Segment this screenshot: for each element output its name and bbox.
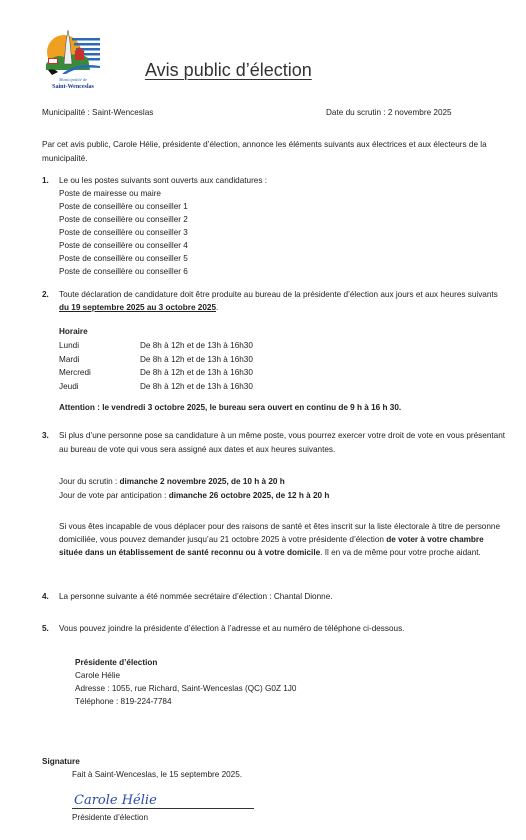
contact-address: Adresse : 1055, rue Richard, Saint-Wence… (75, 682, 296, 695)
voting-day-value: dimanche 2 novembre 2025, de 10 h à 20 h (120, 477, 285, 486)
section-1: 1. Le ou les postes suivants sont ouvert… (59, 175, 509, 279)
post-item: Poste de conseillère ou conseiller 6 (59, 266, 509, 279)
attention-notice: Attention : le vendredi 3 octobre 2025, … (59, 402, 401, 415)
schedule-row: MardiDe 8h à 12h et de 13h à 16h30 (59, 354, 253, 368)
section-1-text: Le ou les postes suivants sont ouverts a… (59, 175, 509, 188)
schedule-hours: De 8h à 12h et de 13h à 16h30 (140, 367, 253, 381)
post-item: Poste de conseillère ou conseiller 5 (59, 253, 509, 266)
schedule-row: LundiDe 8h à 12h et de 13h à 16h30 (59, 340, 253, 354)
section-number: 5. (42, 623, 49, 636)
schedule-day: Mercredi (59, 367, 140, 381)
advance-voting-value: dimanche 26 octobre 2025, de 12 h à 20 h (169, 491, 330, 500)
post-item: Poste de conseillère ou conseiller 2 (59, 214, 509, 227)
section-3-text: Si plus d’une personne pose sa candidatu… (59, 431, 505, 454)
post-item: Poste de conseillère ou conseiller 4 (59, 240, 509, 253)
home-vote-end: . Il en va de même pour votre proche aid… (320, 548, 481, 557)
home-voting-paragraph: Si vous êtes incapable de vous déplacer … (59, 520, 509, 559)
contact-name: Carole Hélie (75, 669, 296, 682)
schedule-hours: De 8h à 12h et de 13h à 16h30 (140, 340, 253, 354)
office-hours: Horaire LundiDe 8h à 12h et de 13h à 16h… (59, 326, 253, 394)
schedule-hours: De 8h à 12h et de 13h à 16h30 (140, 381, 253, 395)
schedule-row: JeudiDe 8h à 12h et de 13h à 16h30 (59, 381, 253, 395)
section-number: 2. (42, 288, 49, 301)
schedule-hours: De 8h à 12h et de 13h à 16h30 (140, 354, 253, 368)
section-number: 1. (42, 175, 49, 188)
schedule-day: Lundi (59, 340, 140, 354)
post-item: Poste de conseillère ou conseiller 3 (59, 227, 509, 240)
schedule-row: MercrediDe 8h à 12h et de 13h à 16h30 (59, 367, 253, 381)
schedule-table: LundiDe 8h à 12h et de 13h à 16h30 Mardi… (59, 340, 253, 394)
contact-heading: Présidente d’élection (75, 656, 296, 669)
section-3: 3. Si plus d’une personne pose sa candid… (59, 429, 509, 456)
voting-day-label: Jour du scrutin : (59, 477, 120, 486)
advance-voting-day: Jour de vote par anticipation : dimanche… (59, 489, 329, 503)
logo-text-line2: Saint-Wenceslas (52, 84, 94, 90)
municipality-logo: Municipalité de Saint-Wenceslas (42, 28, 104, 90)
signature-role: Présidente d’élection (72, 812, 148, 825)
post-item: Poste de mairesse ou maire (59, 188, 509, 201)
filing-period: du 19 septembre 2025 au 3 octobre 2025 (59, 303, 216, 312)
section-2: 2. Toute déclaration de candidature doit… (59, 288, 509, 314)
intro-paragraph: Par cet avis public, Carole Hélie, prési… (42, 138, 502, 165)
contact-phone: Téléphone : 819-224-7784 (75, 695, 296, 708)
logo-text-line1: Municipalité de (58, 77, 87, 82)
election-date-label: Date du scrutin : 2 novembre 2025 (326, 107, 452, 120)
section-4: 4. La personne suivante a été nommée sec… (59, 591, 509, 604)
section-4-text: La personne suivante a été nommée secrét… (59, 592, 333, 601)
voting-dates: Jour du scrutin : dimanche 2 novembre 20… (59, 475, 329, 502)
section-number: 3. (42, 429, 49, 443)
logo-graphic: Municipalité de Saint-Wenceslas (42, 28, 104, 90)
section-5-text: Vous pouvez joindre la présidente d’élec… (59, 624, 404, 633)
schedule-header: Horaire (59, 326, 253, 340)
contact-block: Présidente d’élection Carole Hélie Adres… (75, 656, 296, 709)
period-end: . (216, 303, 218, 312)
section-5: 5. Vous pouvez joindre la présidente d’é… (59, 623, 509, 636)
voting-day: Jour du scrutin : dimanche 2 novembre 20… (59, 475, 329, 489)
municipality-label: Municipalité : Saint-Wenceslas (42, 107, 153, 120)
signature-heading: Signature (42, 756, 80, 769)
page-title: Avis public d’élection (145, 60, 312, 82)
section-number: 4. (42, 591, 49, 604)
posts-list: Poste de mairesse ou maire Poste de cons… (59, 188, 509, 279)
section-2-text: Toute déclaration de candidature doit êt… (59, 290, 498, 299)
signature-line (72, 808, 254, 809)
advance-voting-label: Jour de vote par anticipation : (59, 491, 169, 500)
post-item: Poste de conseillère ou conseiller 1 (59, 201, 509, 214)
schedule-day: Jeudi (59, 381, 140, 395)
schedule-day: Mardi (59, 354, 140, 368)
signature-place-date: Fait à Saint-Wenceslas, le 15 septembre … (72, 769, 242, 782)
